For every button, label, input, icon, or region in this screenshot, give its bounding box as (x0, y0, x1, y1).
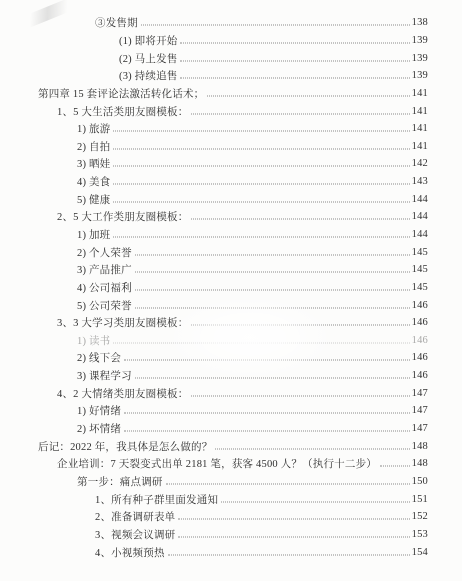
toc-entry-label: 4) 公司福利 (77, 280, 132, 295)
dot-leader (135, 254, 410, 255)
toc-entry-page: 146 (412, 300, 428, 311)
dot-leader (113, 148, 409, 149)
toc-entry-page: 146 (412, 370, 428, 381)
toc-entry-page: 147 (412, 423, 428, 434)
toc-entry: 1) 旅游141 (38, 120, 428, 138)
toc-entry-page: 145 (412, 247, 428, 258)
toc-entry: 5) 公司荣誉146 (38, 296, 428, 314)
toc-entry-page: 143 (412, 176, 428, 187)
toc-entry-label: 企业培训：7 天裂变式出单 2181 笔，获客 4500 人？（执行十二步） (57, 456, 377, 471)
toc-entry-label: 4、小视频预热 (95, 545, 165, 560)
dot-leader (124, 360, 410, 361)
toc-entry-label: 2、准备调研表单 (95, 509, 175, 524)
dot-leader (178, 519, 409, 520)
toc-entry-page: 146 (412, 317, 428, 328)
dot-leader (180, 60, 409, 61)
toc-entry-label: (1) 即将开始 (119, 33, 177, 48)
toc-entry-page: 139 (412, 70, 428, 81)
toc-entry-label: 4、2 大情绪类朋友圈模板： (57, 386, 188, 401)
toc-entry-page: 144 (412, 229, 428, 240)
dot-leader (135, 378, 410, 379)
dot-leader (178, 536, 409, 537)
dot-leader (141, 25, 410, 26)
toc-entry-page: 148 (412, 441, 428, 452)
toc-entry-page: 145 (412, 264, 428, 275)
toc-entry: 1) 好情绪147 (38, 402, 428, 420)
toc-entry: 1、所有种子群里面发通知151 (38, 490, 428, 508)
dot-leader (180, 42, 409, 43)
toc-entry-page: 139 (412, 35, 428, 46)
dot-leader (215, 448, 409, 449)
dot-leader (124, 413, 410, 414)
toc-entry: 4、小视频预热154 (38, 543, 428, 561)
toc-entry-label: 1) 读书 (77, 333, 110, 348)
toc-entry-page: 141 (412, 123, 428, 134)
toc-entry: 第四章 15 套评论法激活转化话术；141 (38, 85, 428, 103)
toc-entry-label: 4) 美食 (77, 174, 110, 189)
toc-entry-label: 3、视频会议调研 (95, 527, 175, 542)
toc-entry: (3) 持续追售139 (38, 67, 428, 85)
toc-entry-label: 5) 公司荣誉 (77, 298, 132, 313)
toc-entry-label: 1) 旅游 (77, 121, 110, 136)
toc-entry: 3) 晒娃142 (38, 155, 428, 173)
dot-leader (135, 289, 410, 290)
toc-entry-label: (3) 持续追售 (119, 68, 177, 83)
toc-entry: 2) 个人荣誉145 (38, 243, 428, 261)
toc-entry: 1、5 大生活类朋友圈模板：141 (38, 102, 428, 120)
toc-entry-page: 139 (412, 53, 428, 64)
toc-entry-page: 148 (412, 458, 428, 469)
toc-entry-label: ③发售期 (95, 15, 138, 30)
dot-leader (180, 78, 409, 79)
toc-entry-label: 2) 线下会 (77, 350, 121, 365)
dot-leader (166, 483, 410, 484)
toc-entry-page: 144 (412, 194, 428, 205)
toc-entry-page: 142 (412, 158, 428, 169)
dot-leader (113, 184, 409, 185)
toc-entry-label: 1、所有种子群里面发通知 (95, 492, 218, 507)
toc-entry-page: 141 (412, 88, 428, 99)
toc-entry-label: 第一步：痛点调研 (77, 474, 163, 489)
toc-entry-page: 147 (412, 405, 428, 416)
toc-entry-page: 144 (412, 211, 428, 222)
toc-entry: 3、3 大学习类朋友圈模板：146 (38, 314, 428, 332)
toc-entry: 企业培训：7 天裂变式出单 2181 笔，获客 4500 人？（执行十二步）14… (38, 455, 428, 473)
toc-entry-page: 145 (412, 282, 428, 293)
toc-entry: (1) 即将开始139 (38, 32, 428, 50)
dot-leader (113, 166, 409, 167)
toc-entry-label: 2) 个人荣誉 (77, 245, 132, 260)
toc-entry-page: 146 (412, 352, 428, 363)
dot-leader (113, 237, 409, 238)
toc-list: ③发售期138(1) 即将开始139(2) 马上发售139(3) 持续追售139… (38, 14, 428, 561)
toc-entry: 1) 读书146 (38, 332, 428, 350)
toc-entry-label: 3) 产品推广 (77, 262, 132, 277)
dot-leader (191, 113, 409, 114)
toc-entry-page: 150 (412, 476, 428, 487)
toc-entry-page: 154 (412, 547, 428, 558)
toc-entry-page: 138 (412, 17, 428, 28)
toc-entry-label: 3、3 大学习类朋友圈模板： (57, 315, 188, 330)
dot-leader (380, 466, 410, 467)
toc-entry: 1) 加班144 (38, 226, 428, 244)
dot-leader (191, 325, 409, 326)
toc-entry: 3) 课程学习146 (38, 367, 428, 385)
dot-leader (113, 342, 409, 343)
dot-leader (191, 219, 409, 220)
dot-leader (113, 201, 409, 202)
toc-entry-label: 1、5 大生活类朋友圈模板： (57, 104, 188, 119)
toc-entry-label: 1) 好情绪 (77, 403, 121, 418)
toc-entry-page: 152 (412, 511, 428, 522)
toc-entry: 4) 美食143 (38, 173, 428, 191)
toc-entry: 2) 坏情绪147 (38, 420, 428, 438)
toc-entry-label: 1) 加班 (77, 227, 110, 242)
toc-entry: 后记：2022 年，我具体是怎么做的？148 (38, 437, 428, 455)
toc-entry: (2) 马上发售139 (38, 49, 428, 67)
dot-leader (207, 95, 409, 96)
toc-entry-page: 151 (412, 494, 428, 505)
toc-entry-page: 141 (412, 141, 428, 152)
toc-entry-page: 146 (412, 335, 428, 346)
toc-entry: 3、视频会议调研153 (38, 526, 428, 544)
toc-entry: 5) 健康144 (38, 190, 428, 208)
toc-entry: 3) 产品推广145 (38, 261, 428, 279)
toc-entry-label: 2、5 大工作类朋友圈模板： (57, 209, 188, 224)
scanned-document-page: ③发售期138(1) 即将开始139(2) 马上发售139(3) 持续追售139… (0, 0, 462, 581)
toc-entry-label: 后记：2022 年，我具体是怎么做的？ (38, 439, 212, 454)
toc-entry: ③发售期138 (38, 14, 428, 32)
toc-entry-page: 141 (412, 106, 428, 117)
toc-entry-label: 2) 坏情绪 (77, 421, 121, 436)
toc-entry: 2、5 大工作类朋友圈模板：144 (38, 208, 428, 226)
toc-entry: 2) 线下会146 (38, 349, 428, 367)
dot-leader (221, 501, 409, 502)
dot-leader (168, 554, 410, 555)
dot-leader (113, 131, 409, 132)
toc-entry: 第一步：痛点调研150 (38, 473, 428, 491)
toc-entry-label: 第四章 15 套评论法激活转化话术； (38, 86, 204, 101)
toc-entry-label: 2) 自拍 (77, 139, 110, 154)
dot-leader (135, 307, 410, 308)
dot-leader (135, 272, 410, 273)
toc-entry-label: 3) 晒娃 (77, 156, 110, 171)
toc-entry: 4) 公司福利145 (38, 279, 428, 297)
dot-leader (124, 431, 410, 432)
toc-entry-page: 147 (412, 388, 428, 399)
dot-leader (191, 395, 409, 396)
toc-entry: 2) 自拍141 (38, 137, 428, 155)
toc-entry-label: 3) 课程学习 (77, 368, 132, 383)
toc-entry-label: 5) 健康 (77, 192, 110, 207)
toc-entry-page: 153 (412, 529, 428, 540)
toc-entry-label: (2) 马上发售 (119, 51, 177, 66)
toc-entry: 4、2 大情绪类朋友圈模板：147 (38, 384, 428, 402)
toc-entry: 2、准备调研表单152 (38, 508, 428, 526)
